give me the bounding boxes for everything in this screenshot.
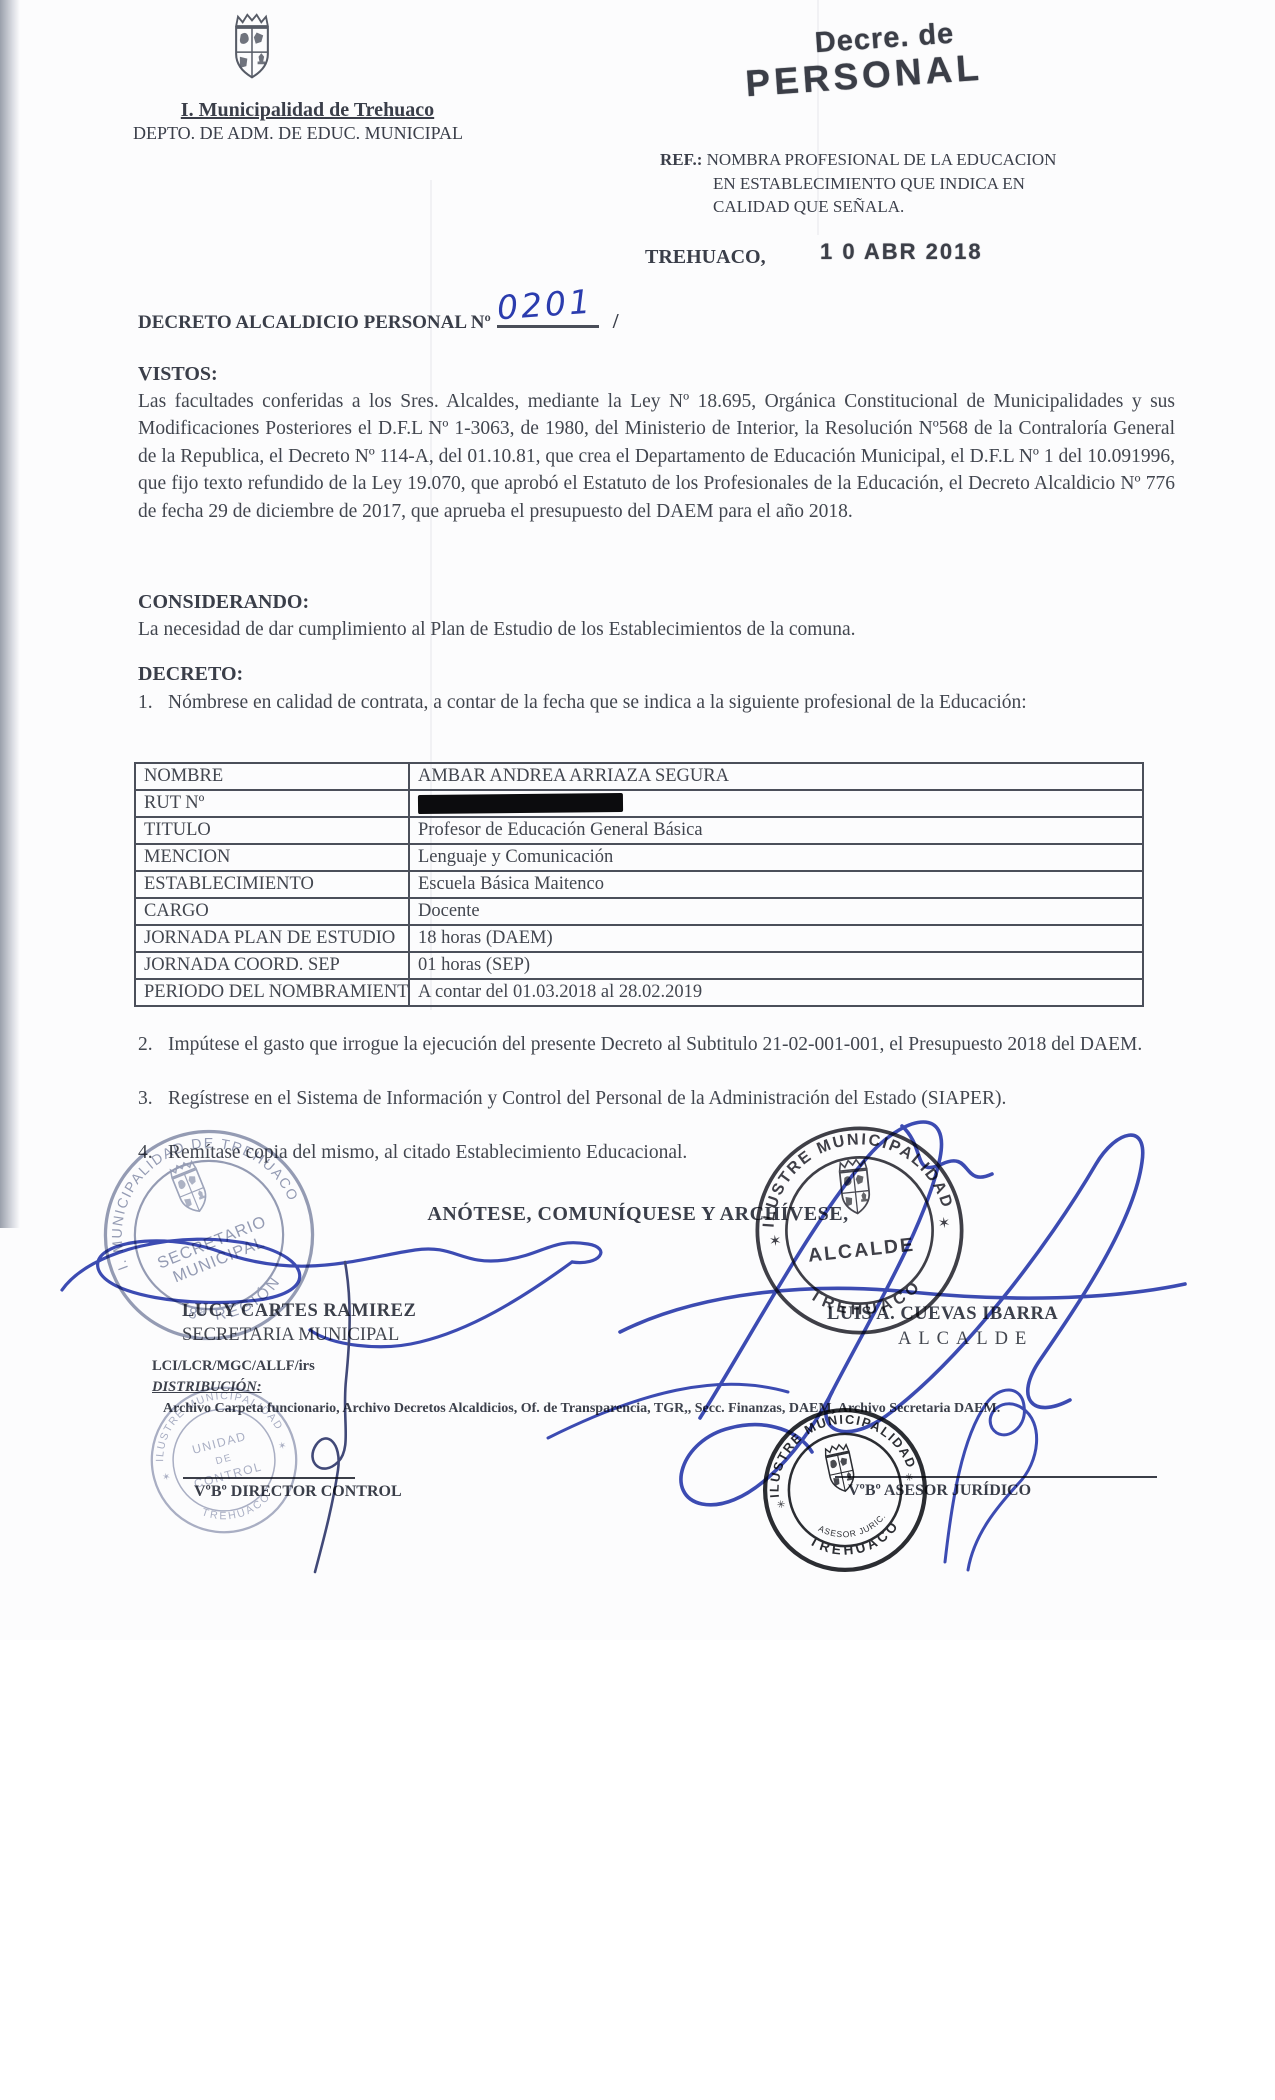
item-number: 3. [138, 1085, 153, 1112]
svg-text:TREHUACO: TREHUACO [198, 1488, 277, 1530]
decree-number-line: DECRETO ALCALDICIO PERSONAL Nº0201/ [138, 301, 619, 334]
vistos-heading: VISTOS: [138, 363, 218, 386]
row-value [409, 790, 1143, 817]
row-value: AMBAR ANDREA ARRIAZA SEGURA [409, 763, 1143, 790]
svg-text:TREHUACO: TREHUACO [805, 1274, 928, 1324]
decree-label: DECRETO ALCALDICIO PERSONAL Nº [138, 312, 491, 333]
table-row: MENCION Lenguaje y Comunicación [135, 844, 1143, 871]
considerando-body: La necesidad de dar cumplimiento al Plan… [138, 616, 1175, 643]
decreto-item-1: 1. Nómbrese en calidad de contrata, a co… [138, 689, 1175, 716]
municipal-crest-icon [224, 12, 280, 88]
item-text: Nómbrese en calidad de contrata, a conta… [168, 692, 1027, 713]
table-row: PERIODO DEL NOMBRAMIENTO A contar del 01… [135, 979, 1143, 1006]
item-text: Impútese el gasto que irrogue la ejecuci… [168, 1034, 1142, 1055]
date-city: TREHUACO, [645, 246, 766, 269]
vistos-body: Las facultades conferidas a los Sres. Al… [138, 388, 1175, 525]
alcalde-stamp: ILUSTRE MUNICIPALIDAD TREHUACO ALCALDE ✶… [741, 1112, 977, 1348]
row-label: NOMBRE [135, 763, 409, 790]
row-value: 01 horas (SEP) [409, 952, 1143, 979]
table-row: JORNADA PLAN DE ESTUDIO 18 horas (DAEM) [135, 925, 1143, 952]
stamp-arc-bottom: TREHUACO [805, 1515, 907, 1567]
row-value: A contar del 01.03.2018 al 28.02.2019 [409, 979, 1143, 1006]
decreto-item-3: 3. Regístrese en el Sistema de Informaci… [138, 1085, 1175, 1112]
decree-number-blank: 0201 [497, 301, 599, 328]
distribution-text: Archivo Carpeta funcionario, Archivo Dec… [163, 1401, 1123, 1417]
org-department: DEPTO. DE ADM. DE EDUC. MUNICIPAL [131, 123, 465, 144]
decree-slash: / [613, 309, 619, 333]
item-number: 1. [138, 689, 153, 716]
decreto-item-2: 2. Impútese el gasto que irrogue la ejec… [138, 1031, 1175, 1058]
svg-text:TREHUACO: TREHUACO [805, 1515, 907, 1567]
row-value: 18 horas (DAEM) [409, 925, 1143, 952]
row-value: Escuela Básica Maitenco [409, 871, 1143, 898]
stamp-center-line1: UNIDAD [191, 1429, 248, 1457]
item-number: 2. [138, 1031, 153, 1058]
redacted-rut [418, 793, 623, 814]
ref-line2: EN ESTABLECIMIENTO QUE INDICA EN [660, 172, 1170, 196]
stamp-center-line2: DE [214, 1452, 233, 1467]
stamp-star-icon: ✶ [277, 1440, 288, 1453]
scan-edge-shadow [0, 0, 20, 1228]
stamp-star-icon: ✶ [161, 1471, 172, 1484]
stamp-star-icon: ✳ [776, 1499, 787, 1512]
row-label: CARGO [135, 898, 409, 925]
row-label: ESTABLECIMIENTO [135, 871, 409, 898]
table-row: ESTABLECIMIENTO Escuela Básica Maitenco [135, 871, 1143, 898]
handwritten-decree-number: 0201 [496, 282, 594, 328]
asesor-juridico-stamp: ILUSTRE MUNICIPALIDAD TREHUACO ASESOR JU… [744, 1389, 946, 1591]
stamp-star-icon: ✳ [904, 1472, 915, 1485]
table-row: NOMBRE AMBAR ANDREA ARRIAZA SEGURA [135, 763, 1143, 790]
table-row: RUT Nº [135, 790, 1143, 817]
row-label: RUT Nº [135, 790, 409, 817]
ref-line3: CALIDAD QUE SEÑALA. [660, 195, 1170, 219]
stamp-star-icon: ✶ [937, 1214, 951, 1232]
considerando-heading: CONSIDERANDO: [138, 591, 309, 614]
row-value: Docente [409, 898, 1143, 925]
row-label: PERIODO DEL NOMBRAMIENTO [135, 979, 409, 1006]
ref-line1: NOMBRA PROFESIONAL DE LA EDUCACION [707, 150, 1057, 169]
ref-label: REF.: [660, 150, 702, 169]
stamp-star-icon: ✶ [768, 1232, 782, 1250]
stamp-center: ALCALDE [807, 1234, 916, 1267]
stamp-arc-bottom: TREHUACO [805, 1274, 928, 1324]
row-value: Lenguaje y Comunicación [409, 844, 1143, 871]
row-label: TITULO [135, 817, 409, 844]
org-name: I. Municipalidad de Trehuaco [165, 99, 450, 122]
row-label: MENCION [135, 844, 409, 871]
reference-block: REF.: NOMBRA PROFESIONAL DE LA EDUCACION… [660, 148, 1170, 219]
table-row: TITULO Profesor de Educación General Bás… [135, 817, 1143, 844]
table-row: JORNADA COORD. SEP 01 horas (SEP) [135, 952, 1143, 979]
appointment-table: NOMBRE AMBAR ANDREA ARRIAZA SEGURA RUT N… [134, 762, 1144, 1007]
row-label: JORNADA PLAN DE ESTUDIO [135, 925, 409, 952]
item-text: Regístrese en el Sistema de Información … [168, 1088, 1006, 1109]
stamp-arc-bottom: TREHUACO [198, 1488, 277, 1530]
scanned-decree-page: I. Municipalidad de Trehuaco DEPTO. DE A… [0, 0, 1275, 2100]
row-value: Profesor de Educación General Básica [409, 817, 1143, 844]
date-stamp: 1 0 ABR 2018 [820, 239, 983, 265]
table-row: CARGO Docente [135, 898, 1143, 925]
decreto-heading: DECRETO: [138, 663, 243, 686]
row-label: JORNADA COORD. SEP [135, 952, 409, 979]
